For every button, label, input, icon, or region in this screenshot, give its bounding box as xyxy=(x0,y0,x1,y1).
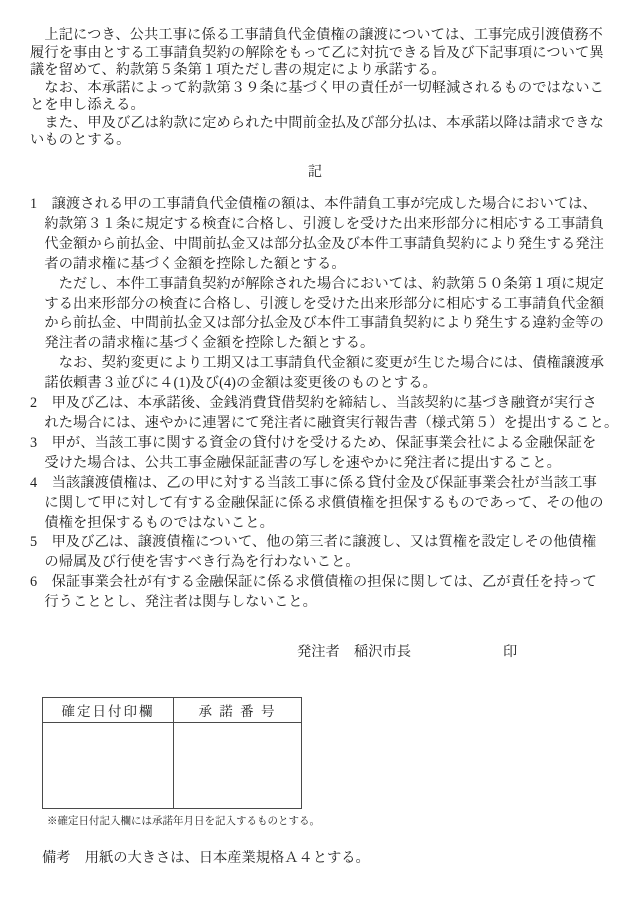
text-line: 約款第３１条に規定する検査に合格し、引渡しを受けた出来形部分に相応する工事請負 xyxy=(30,215,605,235)
date-stamp-table: 確定日付印欄 承 諾 番 号 xyxy=(42,697,302,809)
consent-number-cell xyxy=(174,723,302,809)
text-line: 5 甲及び乙は、譲渡債権について、他の第三者に譲渡し、又は質権を設定しその他債権 xyxy=(30,533,605,553)
text-line: なお、契約変更により工期又は工事請負代金額に変更が生じた場合には、債権譲渡承 xyxy=(30,354,605,374)
table-header-row: 確定日付印欄 承 諾 番 号 xyxy=(43,698,302,723)
text-line: 者の請求権に基づく金額を控除した額とする。 xyxy=(30,255,605,275)
text-line: 1 譲渡される甲の工事請負代金債権の額は、本件請負工事が完成した場合においては、 xyxy=(30,195,605,215)
numbered-conditions-list: 1 譲渡される甲の工事請負代金債権の額は、本件請負工事が完成した場合においては、… xyxy=(30,195,605,613)
text-line: 上記につき、公共工事に係る工事請負代金債権の譲渡については、工事完成引渡債務不 xyxy=(30,27,602,45)
text-line: また、甲及び乙は約款に定められた中間前金払及び部分払は、本承諾以降は請求できな xyxy=(30,115,602,133)
paper-size-remark: 備考 用紙の大きさは、日本産業規格Ａ４とする。 xyxy=(42,849,370,867)
seal-placeholder: 印 xyxy=(503,643,517,661)
text-line: なお、本承諾によって約款第３９条に基づく甲の責任が一切軽減されるものではないこ xyxy=(30,80,602,98)
text-line: の帰属及び行使を害すべき行為を行わないこと。 xyxy=(30,553,605,573)
text-line: 行うこととし、発注者は関与しないこと。 xyxy=(30,593,605,613)
text-line: する出来形部分の検査に合格し、引渡しを受けた出来形部分に相応する工事請負代金額 xyxy=(30,295,605,315)
orderer-mayor-label: 発注者 稲沢市長 xyxy=(297,643,411,661)
table-footnote: ※確定日付記入欄には承諾年月日を記入するものとする。 xyxy=(47,815,320,828)
text-line: 諾依頼書３並びに４(1)及び(4)の金額は変更後のものとする。 xyxy=(30,374,605,394)
text-line: 3 甲が、当該工事に関する資金の貸付けを受けるため、保証事業会社による金融保証を xyxy=(30,434,605,454)
text-line: 債権を担保するものではないこと。 xyxy=(30,514,605,534)
text-line: 2 甲及び乙は、本承諾後、金銭消費貸借契約を締結し、当該契約に基づき融資が実行さ xyxy=(30,394,605,414)
fixed-date-stamp-header: 確定日付印欄 xyxy=(43,698,174,723)
text-line: 受けた場合は、公共工事金融保証証書の写しを速やかに発注者に提出すること。 xyxy=(30,454,605,474)
consent-intro-paragraphs: 上記につき、公共工事に係る工事請負代金債権の譲渡については、工事完成引渡債務不履… xyxy=(30,27,602,150)
text-line: いものとする。 xyxy=(30,132,602,150)
text-line: に関して甲に対して有する金融保証に係る求償債権を担保するものであって、その他の xyxy=(30,494,605,514)
ki-heading: 記 xyxy=(0,164,630,182)
text-line: とを申し添える。 xyxy=(30,97,602,115)
text-line: 代金額から前払金、中間前払金又は部分払金及び本件工事請負契約により発生する発注 xyxy=(30,235,605,255)
text-line: から前払金、中間前払金又は部分払金及び本件工事請負契約により発生する違約金等の xyxy=(30,314,605,334)
consent-number-header: 承 諾 番 号 xyxy=(174,698,302,723)
text-line: ただし、本件工事請負契約が解除された場合においては、約款第５０条第１項に規定 xyxy=(30,275,605,295)
signer-row: 発注者 稲沢市長 印 xyxy=(0,643,630,661)
text-line: 6 保証事業会社が有する金融保証に係る求償債権の担保に関しては、乙が責任を持って xyxy=(30,573,605,593)
table-body-row xyxy=(43,723,302,809)
text-line: れた場合には、速やかに連署にて発注者に融資実行報告書（様式第５）を提出すること。 xyxy=(30,414,605,434)
text-line: 議を留めて、約款第５条第１項ただし書の規定により承諾する。 xyxy=(30,62,602,80)
text-line: 履行を事由とする工事請負契約の解除をもって乙に対抗できる旨及び下記事項について異 xyxy=(30,45,602,63)
text-line: 発注者の請求権に基づく金額を控除した額とする。 xyxy=(30,334,605,354)
text-line: 4 当該譲渡債権は、乙の甲に対する当該工事に係る貸付金及び保証事業会社が当該工事 xyxy=(30,474,605,494)
fixed-date-stamp-cell xyxy=(43,723,174,809)
document-page: 上記につき、公共工事に係る工事請負代金債権の譲渡については、工事完成引渡債務不履… xyxy=(0,0,630,903)
